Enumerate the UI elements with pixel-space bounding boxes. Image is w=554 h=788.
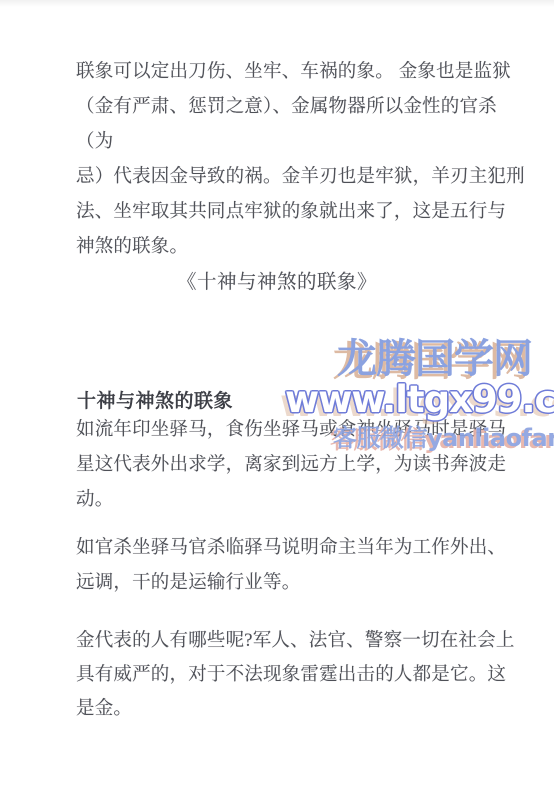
body-paragraph-2: 如流年印坐驿马，食伤坐驿马或食神坐驿马时是驿马 星这代表外出求学，离家到远方上学… — [76, 413, 526, 518]
body-paragraph-4: 金代表的人有哪些呢?军人、法官、警察一切在社会上 具有威严的，对于不法现象雷霆出… — [76, 624, 526, 726]
chapter-title: 《十神与神煞的联象》 — [0, 266, 554, 294]
scanned-book-page: 联象可以定出刀伤、坐牢、车祸的象。 金象也是监狱 （金有严肃、惩罚之意）、金属物… — [0, 0, 554, 788]
body-paragraph-3: 如官杀坐驿马官杀临驿马说明命主当年为工作外出、 远调，干的是运输行业等。 — [76, 531, 526, 601]
section-heading: 十神与神煞的联象 — [77, 386, 233, 413]
body-paragraph-1: 联象可以定出刀伤、坐牢、车祸的象。 金象也是监狱 （金有严肃、惩罚之意）、金属物… — [76, 55, 526, 265]
watermark-site-name: 龙腾国学网 — [337, 327, 532, 384]
